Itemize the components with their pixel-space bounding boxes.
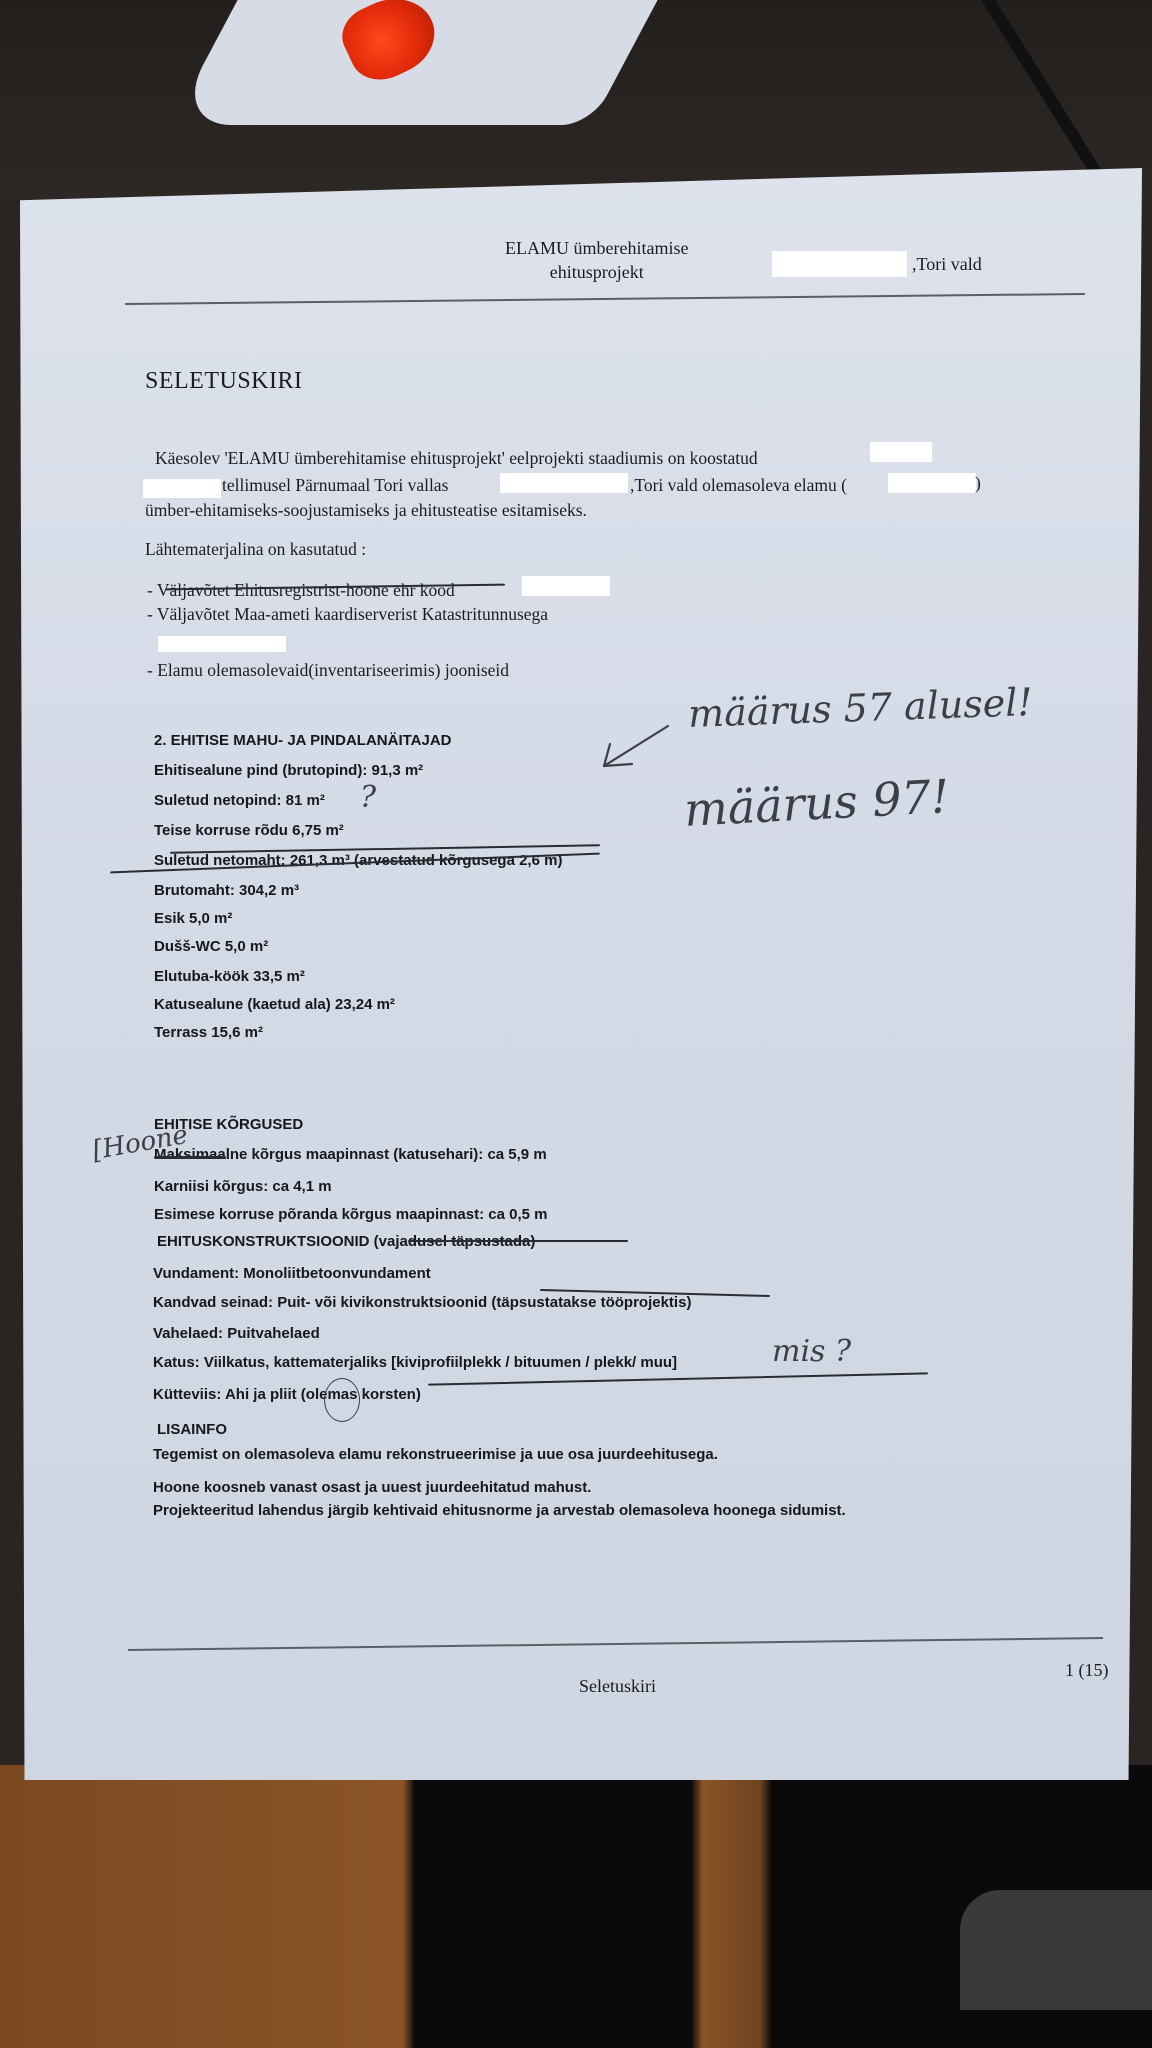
sources-heading: Lähtematerjalina on kasutatud : <box>145 539 366 560</box>
pen-strike <box>154 1156 226 1159</box>
page-number: 1 (15) <box>1065 1660 1109 1681</box>
section-heading-constructions: EHITUSKONSTRUKTSIOONID (vajadusel täpsus… <box>157 1233 535 1250</box>
volume-item: Teise korruse rõdu 6,75 m² <box>154 822 344 839</box>
section-heading-volumes: 2. EHITISE MAHU- JA PINDALANÄITAJAD <box>154 732 452 749</box>
construction-item: Kütteviis: Ahi ja pliit (olemas korsten) <box>153 1386 421 1403</box>
intro-line-3: ümber-ehitamiseks-soojustamiseks ja ehit… <box>145 500 587 521</box>
redacted-client <box>143 479 221 498</box>
height-item: Esimese korruse põranda kõrgus maapinnas… <box>154 1206 548 1223</box>
redacted-address <box>772 251 907 277</box>
handwritten-question-mark: ? <box>360 780 376 815</box>
construction-item: Katus: Viilkatus, kattematerjaliks [kivi… <box>153 1354 677 1371</box>
pen-strike <box>408 1240 628 1242</box>
header-location: ,Tori vald <box>912 254 982 275</box>
construction-item: Kandvad seinad: Puit- või kivikonstrukts… <box>153 1294 691 1311</box>
footer-label: Seletuskiri <box>579 1676 656 1697</box>
handwritten-roof-note: mis ? <box>772 1334 851 1369</box>
volume-item: Terrass 15,6 m² <box>154 1024 263 1041</box>
volume-item: Elutuba-köök 33,5 m² <box>154 968 305 985</box>
redacted-cadastral-id <box>158 636 286 652</box>
source-item: - Elamu olemasolevaid(inventariseerimis)… <box>147 660 509 681</box>
intro-line-1: Käesolev 'ELAMU ümberehitamise ehituspro… <box>155 448 758 469</box>
background-object <box>960 1890 1152 2010</box>
extra-item: Projekteeritud lahendus järgib kehtivaid… <box>153 1502 846 1519</box>
redacted-ehr-code <box>522 576 610 596</box>
header-title: ELAMU ümberehitamise ehitusprojekt <box>505 236 688 284</box>
volume-item: Katusealune (kaetud ala) 23,24 m² <box>154 996 395 1013</box>
redacted-village <box>500 473 628 493</box>
extra-item: Hoone koosneb vanast osast ja uuest juur… <box>153 1479 591 1496</box>
header-title-line1: ELAMU ümberehitamise <box>505 236 688 260</box>
volume-item: Suletud netopind: 81 m² <box>154 792 325 809</box>
volume-item: Ehitisealune pind (brutopind): 91,3 m² <box>154 762 423 779</box>
document-title: SELETUSKIRI <box>145 368 303 395</box>
intro-line-2c: ) <box>975 473 981 494</box>
intro-line-2a: tellimusel Pärnumaal Tori vallas <box>222 475 448 496</box>
section-heading-extra: LISAINFO <box>157 1421 227 1438</box>
pen-circle <box>324 1378 360 1422</box>
construction-item: Vundament: Monoliitbetoonvundament <box>153 1265 431 1282</box>
intro-line-2b: ,Tori vald olemasoleva elamu ( <box>630 475 847 496</box>
handwritten-arrow-icon <box>598 722 670 772</box>
volume-item: Dušš-WC 5,0 m² <box>154 938 268 955</box>
source-item: - Väljavõtet Ehitusregistrist-hoone ehr … <box>147 580 455 601</box>
height-item: Karniisi kõrgus: ca 4,1 m <box>154 1178 332 1195</box>
redacted-author <box>870 442 932 462</box>
height-item: Maksimaalne kõrgus maapinnast (katusehar… <box>154 1146 547 1163</box>
header-title-line2: ehitusprojekt <box>505 260 688 284</box>
extra-item: Tegemist on olemasoleva elamu rekonstrue… <box>153 1446 718 1463</box>
source-item: - Väljavõtet Maa-ameti kaardiserverist K… <box>147 604 548 625</box>
redacted-building-id <box>888 473 976 493</box>
construction-item: Vahelaed: Puitvahelaed <box>153 1325 320 1342</box>
volume-item: Brutomaht: 304,2 m³ <box>154 882 299 899</box>
volume-item: Esik 5,0 m² <box>154 910 232 927</box>
